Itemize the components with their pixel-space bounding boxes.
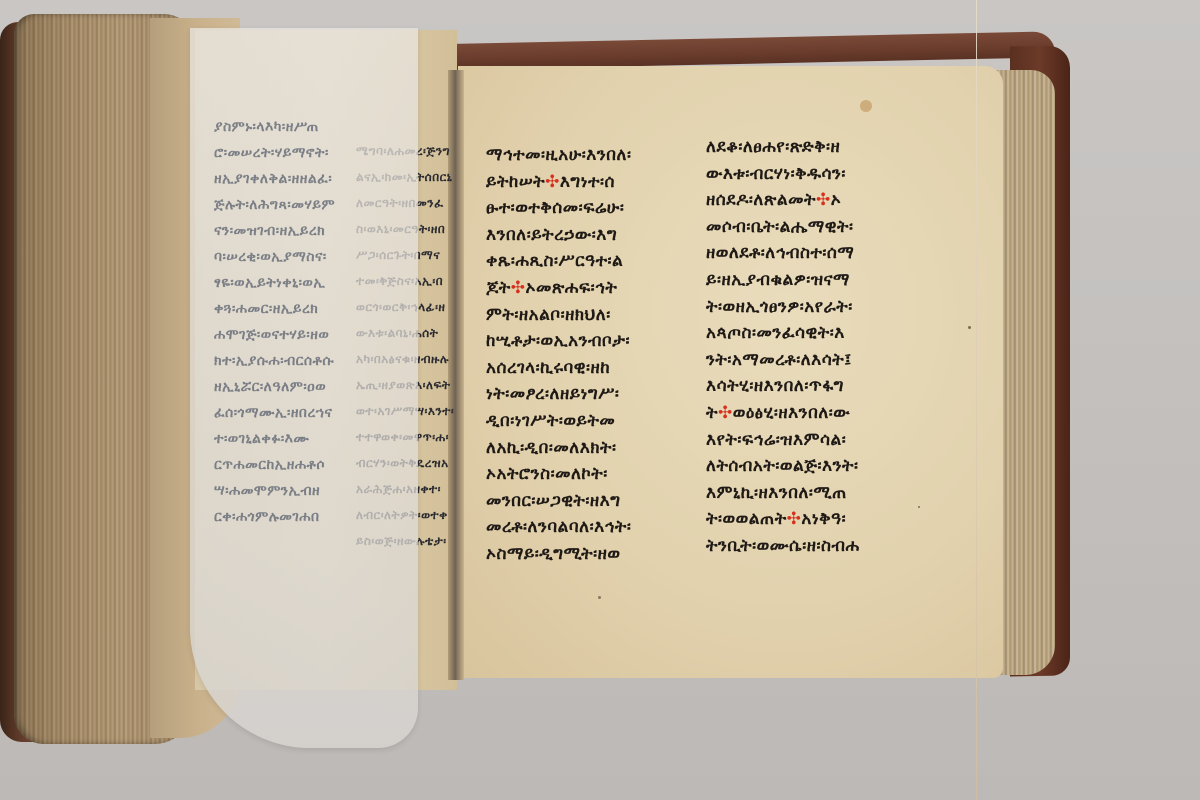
hanging-thread [976,0,977,800]
text-line: ባ፡ሠረቂ፡ወኢያማስና፡ [214,244,354,270]
text-line: ርጥሐመርከኢዘሐቶሶ [214,452,354,478]
text-line: መንበር፡ሠጋዊት፡ዘእግ [486,488,696,515]
text-line: እየት፡ፍኅሬ፡ዝእምሳል፡ [706,427,926,454]
rubric-cross-icon: ✣ [816,190,831,210]
text-line: ተ፡ወገኒልቀፉ፡እሙ [214,426,354,452]
text-segment: ት [706,403,718,423]
text-line: ማኅተመ፡ዚአሁ፡እንበለ፡ [486,142,696,169]
parchment-speckle [598,596,601,599]
text-line: ፁተ፡ወተቅሰመ፡ፍሬሁ፡ [486,195,696,222]
text-line: ይትከሠት✣እግነተ፡ሰ [486,169,696,196]
text-line: ለደቆ፡ለፀሐየ፡ጽድቅ፡ዘ [706,134,926,161]
text-line: ዲበ፡ነገሥት፡ወይትመ [486,408,696,435]
text-line: ት፡ወወልጠት✣አነቅዓ፡ [706,506,926,533]
text-line: ርቀ፡ሐጎምሉመገሐበ [214,504,354,530]
text-line: ፈሰ፡ጎማሙኢ፡ዘበረኀና [214,400,354,426]
text-line: እምኒኪ፡ዘእንበለ፡ሚጠ [706,480,926,507]
text-line: ቀጓ፡ሐመር፡ዘኢይረክ [214,296,354,322]
text-line: ሐሞገጅ፡ወናተሃይ፡ዘወ [214,322,354,348]
text-segment: ወዕፅሂ፡ዘእንበለ፡ው [733,403,850,423]
text-segment: እግነተ፡ሰ [560,172,615,192]
right-page-column-b: ለደቆ፡ለፀሐየ፡ጽድቅ፡ዘ ውእቱ፡ብርሃነ፡ቅዱሳን፡ ዘሰደዶ፡ለጽልመት… [706,134,926,560]
text-line: ዘኢኒሯር፡ለዓለም፡ዐወ [214,374,354,400]
text-line: ክተ፡ኢያሱሐ፡ብርሰቶሱ [214,348,354,374]
right-page-stack [995,70,1055,675]
text-line: ዘወለደቶ፡ለኅብስተ፡ሰማ [706,240,926,267]
text-line: ፃዬ፡ወኢይትነቀኒ፡ወኢ [214,270,354,296]
text-line: ጅሉት፡ለሕግጻ፡መሃይም [214,192,354,218]
text-line: ጆት✣ኦመጽሐፍ፡ኅት [486,275,696,302]
rubric-cross-icon: ✣ [511,278,526,298]
text-segment: ጆት [486,278,511,298]
text-line: ኦስማይ፡ዲግሚት፡ዘወ [486,541,696,568]
text-segment: ዘሰደዶ፡ለጽልመት [706,190,816,210]
text-line: ሮ፡መሠረት፡ሃይማኖት፡ [214,140,354,166]
parchment-stain [860,100,872,112]
text-segment: ት፡ወወልጠት [706,509,787,529]
text-line: ትንቢት፡ወሙሴ፡ዘ፡ስብሐ [706,533,926,560]
text-line: ከሢቶታ፡ወኢአንብቦታ፡ [486,328,696,355]
parchment-speckle [968,326,971,329]
text-line: መረቶ፡ለንባልባለ፡እኅት፡ [486,514,696,541]
text-line: ንት፡አማመረቶ፡ለእሳት፤ [706,347,926,374]
text-line: ዘሰደዶ፡ለጽልመት✣ኦ [706,187,926,214]
text-line: መሶብ፡ቤት፡ልሔማዊት፡ [706,214,926,241]
text-line: ያስምኑ፡ላእካ፡ዘሥጠ [214,114,354,140]
text-line: ት፡ወዘኢጎፀንዎ፡አየራት፡ [706,294,926,321]
text-line: ነት፡መፆረ፡ለዘይነግሥ፡ [486,381,696,408]
rubric-cross-icon: ✣ [787,509,802,529]
text-segment: ይትከሠት [486,172,545,192]
leather-cover-top-edge [450,31,1055,70]
text-line: ናን፡መዝገብ፡ዘኢይረክ [214,218,354,244]
text-line: ኦአትሮንስ፡መለኮት፡ [486,461,696,488]
text-line: እንበለ፡ይትረኃው፡እግ [486,222,696,249]
left-page-column-a: ያስምኑ፡ላእካ፡ዘሥጠ ሮ፡መሠረት፡ሃይማኖት፡ ዘኢያገቀለቅል፡ዘዘልፈ… [214,114,354,530]
rubric-cross-icon: ✣ [545,172,560,192]
right-page-column-a: ማኅተመ፡ዚአሁ፡እንበለ፡ ይትከሠት✣እግነተ፡ሰ ፁተ፡ወተቅሰመ፡ፍሬሁ… [486,142,696,568]
text-line: ዘኢያገቀለቅል፡ዘዘልፈ፡ [214,166,354,192]
text-line: ቀጼ፡ሐጺስ፡ሥርዓተ፡ል [486,248,696,275]
text-segment: አነቅዓ፡ [801,509,846,529]
text-line: ውእቱ፡ብርሃነ፡ቅዱሳን፡ [706,161,926,188]
text-line: እሳትሂ፡ዘእንበለ፡ጥፋግ [706,373,926,400]
rubric-cross-icon: ✣ [718,403,733,423]
text-line: ለትሰብአት፡ወልጅ፡እንት፡ [706,453,926,480]
text-line: ይ፡ዘኢያብቁልዎ፡ዝናማ [706,267,926,294]
text-line: ለአኪ፡ዲበ፡መለእክት፡ [486,435,696,462]
text-line: ምት፡ዘአልቦ፡ዘክህለ፡ [486,302,696,329]
text-line: አጳጦስ፡መንፈሳዊት፡እ [706,320,926,347]
text-line: ት✣ወዕፅሂ፡ዘእንበለ፡ው [706,400,926,427]
text-line: ሣ፡ሐመሞምንኢብዘ [214,478,354,504]
text-segment: ኦመጽሐፍ፡ኅት [525,278,617,298]
text-line: አሰረገላ፡ኪሩባዊ፡ዘከ [486,355,696,382]
text-segment: ኦ [831,190,841,210]
